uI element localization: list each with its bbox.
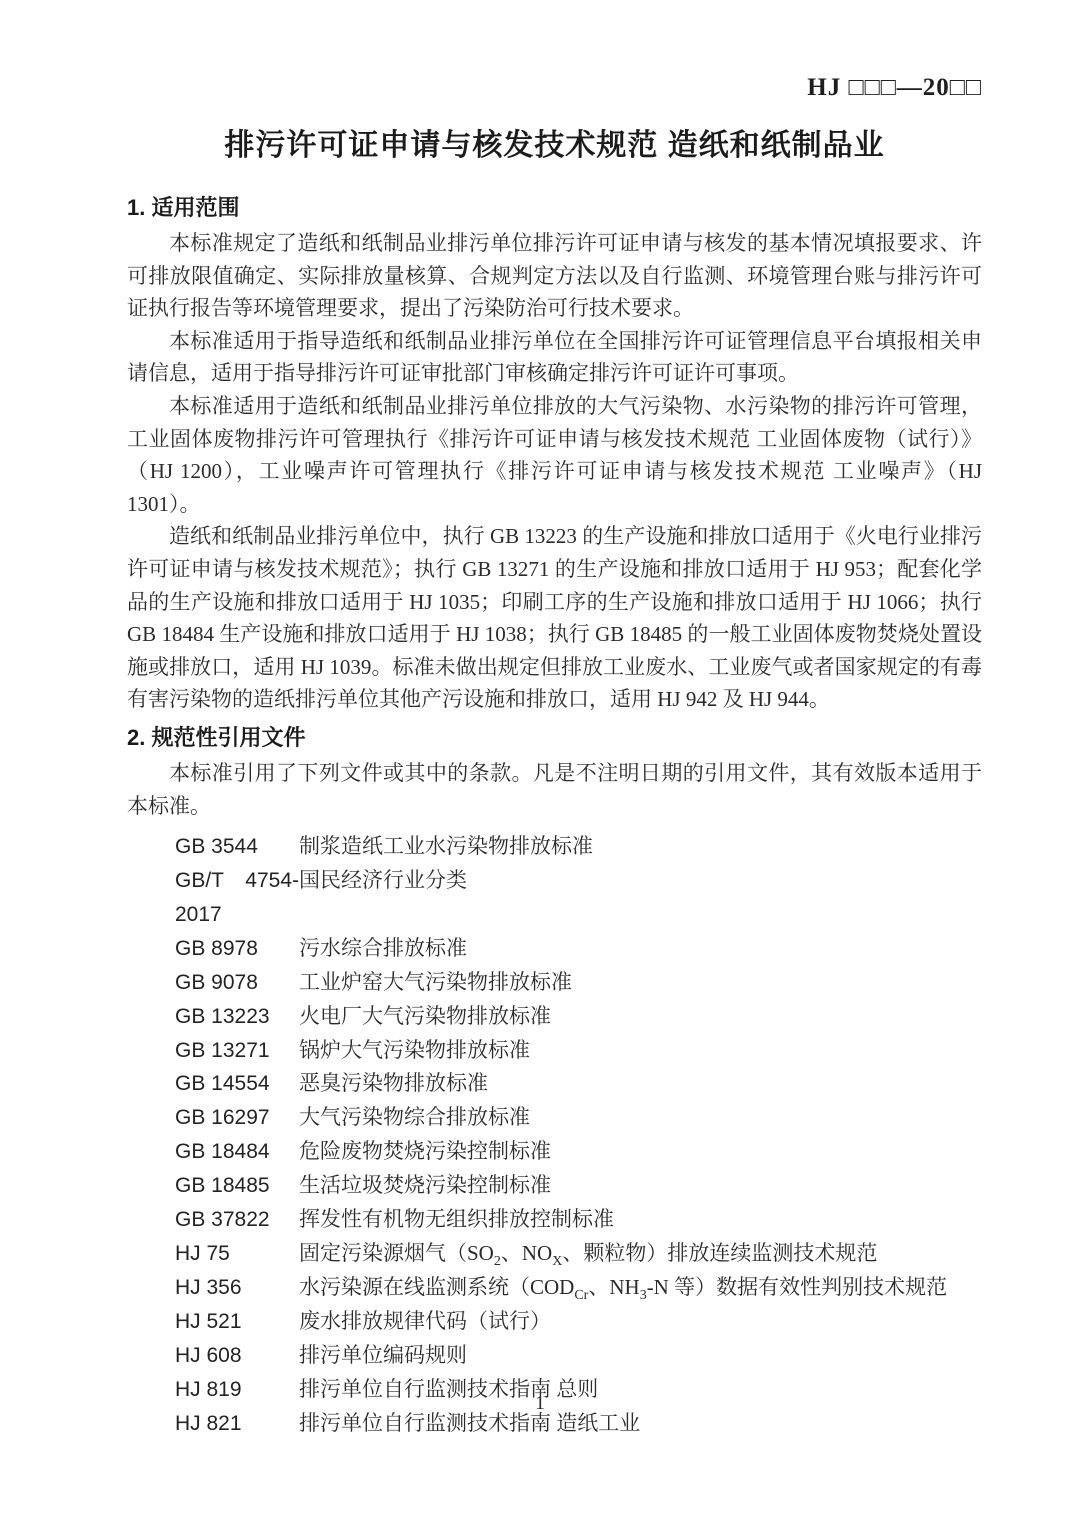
- section-scope-heading: 1. 适用范围: [127, 193, 982, 223]
- reference-item: GB 8978污水综合排放标准: [175, 932, 982, 966]
- page-title: 排污许可证申请与核发技术规范 造纸和纸制品业: [127, 126, 982, 166]
- reference-item: HJ 356水污染源在线监测系统（CODCr、NH3-N 等）数据有效性判别技术…: [175, 1271, 982, 1305]
- reference-description: 固定污染源烟气（SO2、NOX、颗粒物）排放连续监测技术规范: [299, 1237, 982, 1271]
- reference-code: GB/T 4754-2017: [175, 864, 299, 932]
- document-page: HJ □□□—20□□ 排污许可证申请与核发技术规范 造纸和纸制品业 1. 适用…: [0, 0, 1080, 1527]
- reference-description: 排污单位编码规则: [299, 1339, 982, 1373]
- reference-item: HJ 75固定污染源烟气（SO2、NOX、颗粒物）排放连续监测技术规范: [175, 1237, 982, 1271]
- reference-description: 火电厂大气污染物排放标准: [299, 1000, 982, 1034]
- reference-item: GB 13223火电厂大气污染物排放标准: [175, 1000, 982, 1034]
- reference-code: HJ 75: [175, 1237, 299, 1271]
- reference-item: GB 18485生活垃圾焚烧污染控制标准: [175, 1169, 982, 1203]
- reference-item: HJ 521废水排放规律代码（试行）: [175, 1305, 982, 1339]
- page-number: 1: [0, 1392, 1080, 1415]
- doc-code: HJ □□□—20□□: [127, 74, 982, 102]
- reference-code: GB 9078: [175, 966, 299, 1000]
- reference-code: GB 13223: [175, 1000, 299, 1034]
- section-references-heading: 2. 规范性引用文件: [127, 723, 982, 753]
- reference-code: HJ 608: [175, 1339, 299, 1373]
- scope-paragraph-1: 本标准规定了造纸和纸制品业排污单位排污许可证申请与核发的基本情况填报要求、许可排…: [127, 227, 982, 325]
- reference-code: GB 8978: [175, 932, 299, 966]
- reference-code: GB 16297: [175, 1101, 299, 1135]
- scope-paragraph-2: 本标准适用于指导造纸和纸制品业排污单位在全国排污许可证管理信息平台填报相关申请信…: [127, 325, 982, 390]
- reference-code: HJ 356: [175, 1271, 299, 1305]
- reference-description: 危险废物焚烧污染控制标准: [299, 1135, 982, 1169]
- reference-code: GB 13271: [175, 1034, 299, 1068]
- reference-description: 锅炉大气污染物排放标准: [299, 1034, 982, 1068]
- reference-description: 废水排放规律代码（试行）: [299, 1305, 982, 1339]
- reference-item: GB 18484危险废物焚烧污染控制标准: [175, 1135, 982, 1169]
- references-list: GB 3544制浆造纸工业水污染物排放标准GB/T 4754-2017国民经济行…: [175, 830, 982, 1440]
- reference-item: GB 16297大气污染物综合排放标准: [175, 1101, 982, 1135]
- scope-paragraph-3: 本标准适用于造纸和纸制品业排污单位排放的大气污染物、水污染物的排污许可管理，工业…: [127, 390, 982, 520]
- reference-description: 污水综合排放标准: [299, 932, 982, 966]
- reference-code: GB 37822: [175, 1203, 299, 1237]
- reference-description: 恶臭污染物排放标准: [299, 1067, 982, 1101]
- section-scope: 1. 适用范围 本标准规定了造纸和纸制品业排污单位排污许可证申请与核发的基本情况…: [127, 193, 982, 716]
- section-references: 2. 规范性引用文件 本标准引用了下列文件或其中的条款。凡是不注明日期的引用文件…: [127, 723, 982, 1441]
- reference-code: GB 18485: [175, 1169, 299, 1203]
- reference-description: 生活垃圾焚烧污染控制标准: [299, 1169, 982, 1203]
- reference-item: GB 3544制浆造纸工业水污染物排放标准: [175, 830, 982, 864]
- reference-description: 工业炉窑大气污染物排放标准: [299, 966, 982, 1000]
- reference-item: GB/T 4754-2017国民经济行业分类: [175, 864, 982, 932]
- reference-code: GB 14554: [175, 1067, 299, 1101]
- reference-description: 大气污染物综合排放标准: [299, 1101, 982, 1135]
- reference-item: GB 13271锅炉大气污染物排放标准: [175, 1034, 982, 1068]
- scope-paragraph-4: 造纸和纸制品业排污单位中，执行 GB 13223 的生产设施和排放口适用于《火电…: [127, 520, 982, 716]
- references-intro: 本标准引用了下列文件或其中的条款。凡是不注明日期的引用文件，其有效版本适用于本标…: [127, 757, 982, 822]
- reference-item: HJ 608排污单位编码规则: [175, 1339, 982, 1373]
- reference-item: GB 9078工业炉窑大气污染物排放标准: [175, 966, 982, 1000]
- scope-paragraphs: 本标准规定了造纸和纸制品业排污单位排污许可证申请与核发的基本情况填报要求、许可排…: [127, 227, 982, 716]
- reference-description: 国民经济行业分类: [299, 864, 982, 898]
- reference-code: GB 3544: [175, 830, 299, 864]
- reference-item: GB 37822挥发性有机物无组织排放控制标准: [175, 1203, 982, 1237]
- reference-description: 水污染源在线监测系统（CODCr、NH3-N 等）数据有效性判别技术规范: [299, 1271, 982, 1305]
- reference-description: 制浆造纸工业水污染物排放标准: [299, 830, 982, 864]
- reference-code: GB 18484: [175, 1135, 299, 1169]
- reference-description: 挥发性有机物无组织排放控制标准: [299, 1203, 982, 1237]
- reference-code: HJ 521: [175, 1305, 299, 1339]
- reference-item: GB 14554恶臭污染物排放标准: [175, 1067, 982, 1101]
